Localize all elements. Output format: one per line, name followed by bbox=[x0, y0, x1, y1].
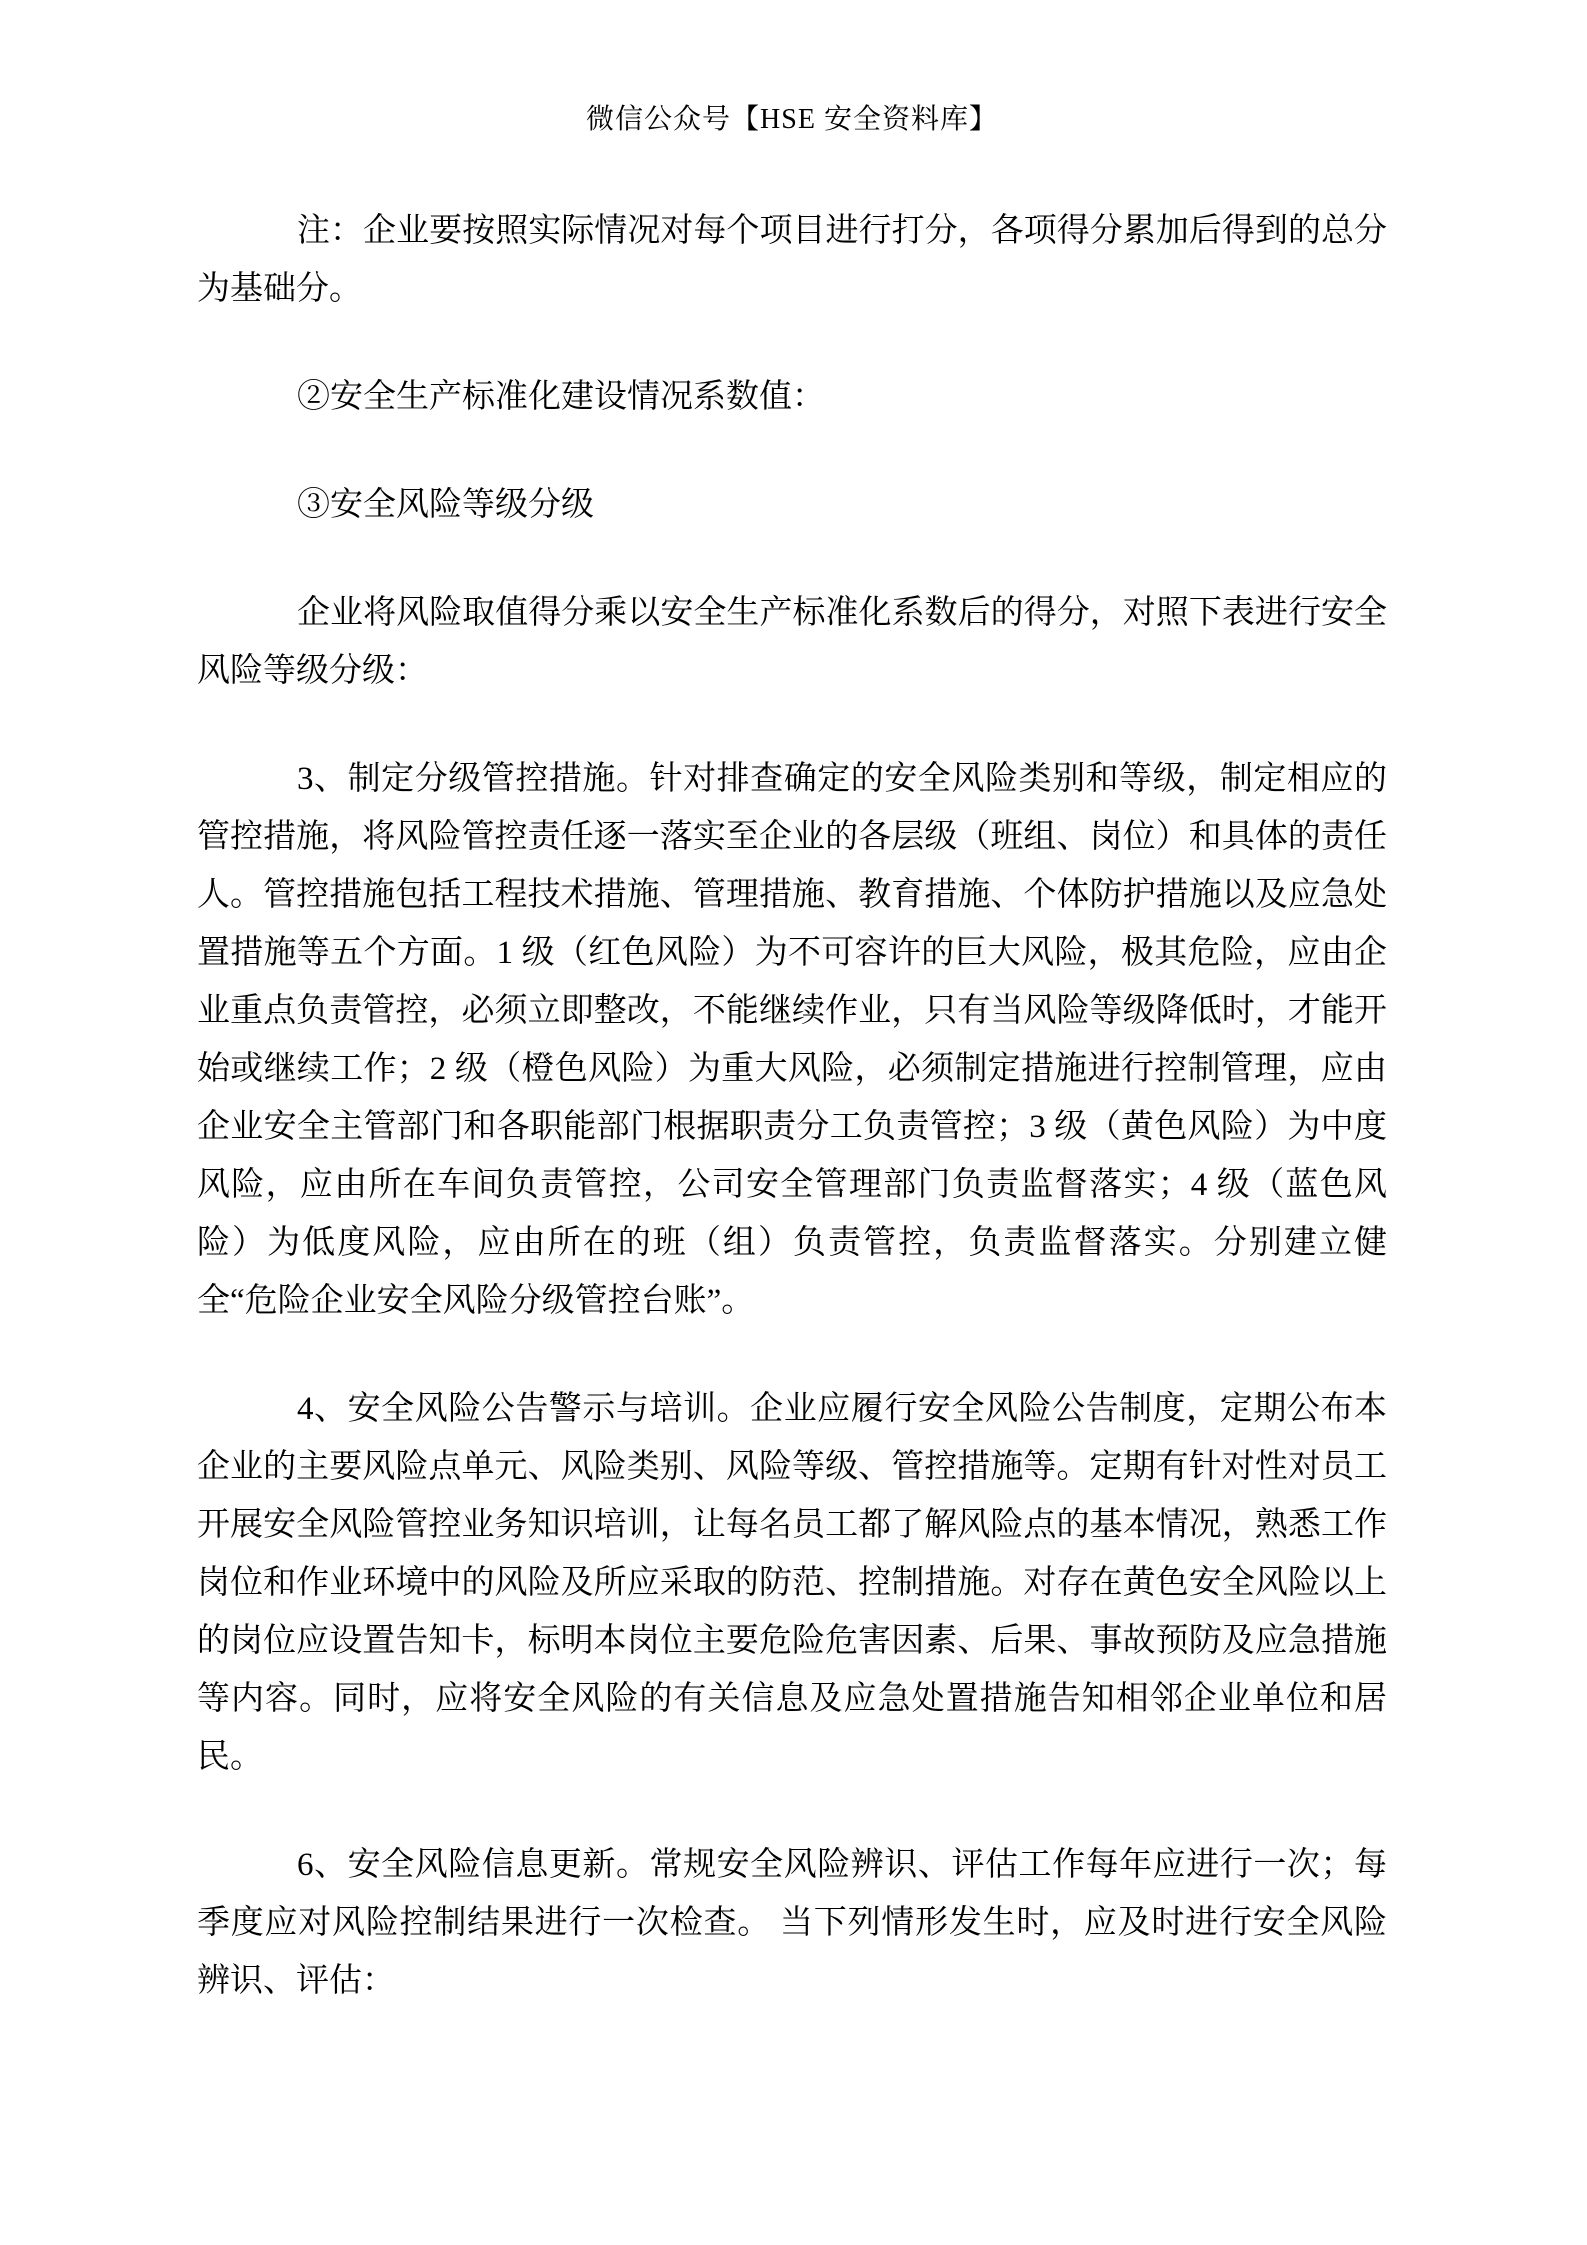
paragraph-item-2: ②安全生产标准化建设情况系数值： bbox=[197, 368, 1387, 426]
paragraph-item-3: ③安全风险等级分级 bbox=[197, 476, 1387, 534]
paragraph-note: 注：企业要按照实际情况对每个项目进行打分，各项得分累加后得到的总分为基础分。 bbox=[197, 202, 1387, 318]
page-header-watermark: 微信公众号【HSE 安全资料库】 bbox=[197, 100, 1387, 140]
document-page: 微信公众号【HSE 安全资料库】 注：企业要按照实际情况对每个项目进行打分，各项… bbox=[0, 0, 1587, 2245]
paragraph-section-6: 6、安全风险信息更新。常规安全风险辨识、评估工作每年应进行一次；每季度应对风险控… bbox=[197, 1836, 1387, 2010]
paragraph-section-4: 4、安全风险公告警示与培训。企业应履行安全风险公告制度，定期公布本企业的主要风险… bbox=[197, 1380, 1387, 1786]
paragraph-section-3: 3、制定分级管控措施。针对排查确定的安全风险类别和等级，制定相应的管控措施，将风… bbox=[197, 750, 1387, 1330]
paragraph-grading-intro: 企业将风险取值得分乘以安全生产标准化系数后的得分，对照下表进行安全风险等级分级： bbox=[197, 584, 1387, 700]
document-body: 注：企业要按照实际情况对每个项目进行打分，各项得分累加后得到的总分为基础分。 ②… bbox=[197, 202, 1387, 2010]
